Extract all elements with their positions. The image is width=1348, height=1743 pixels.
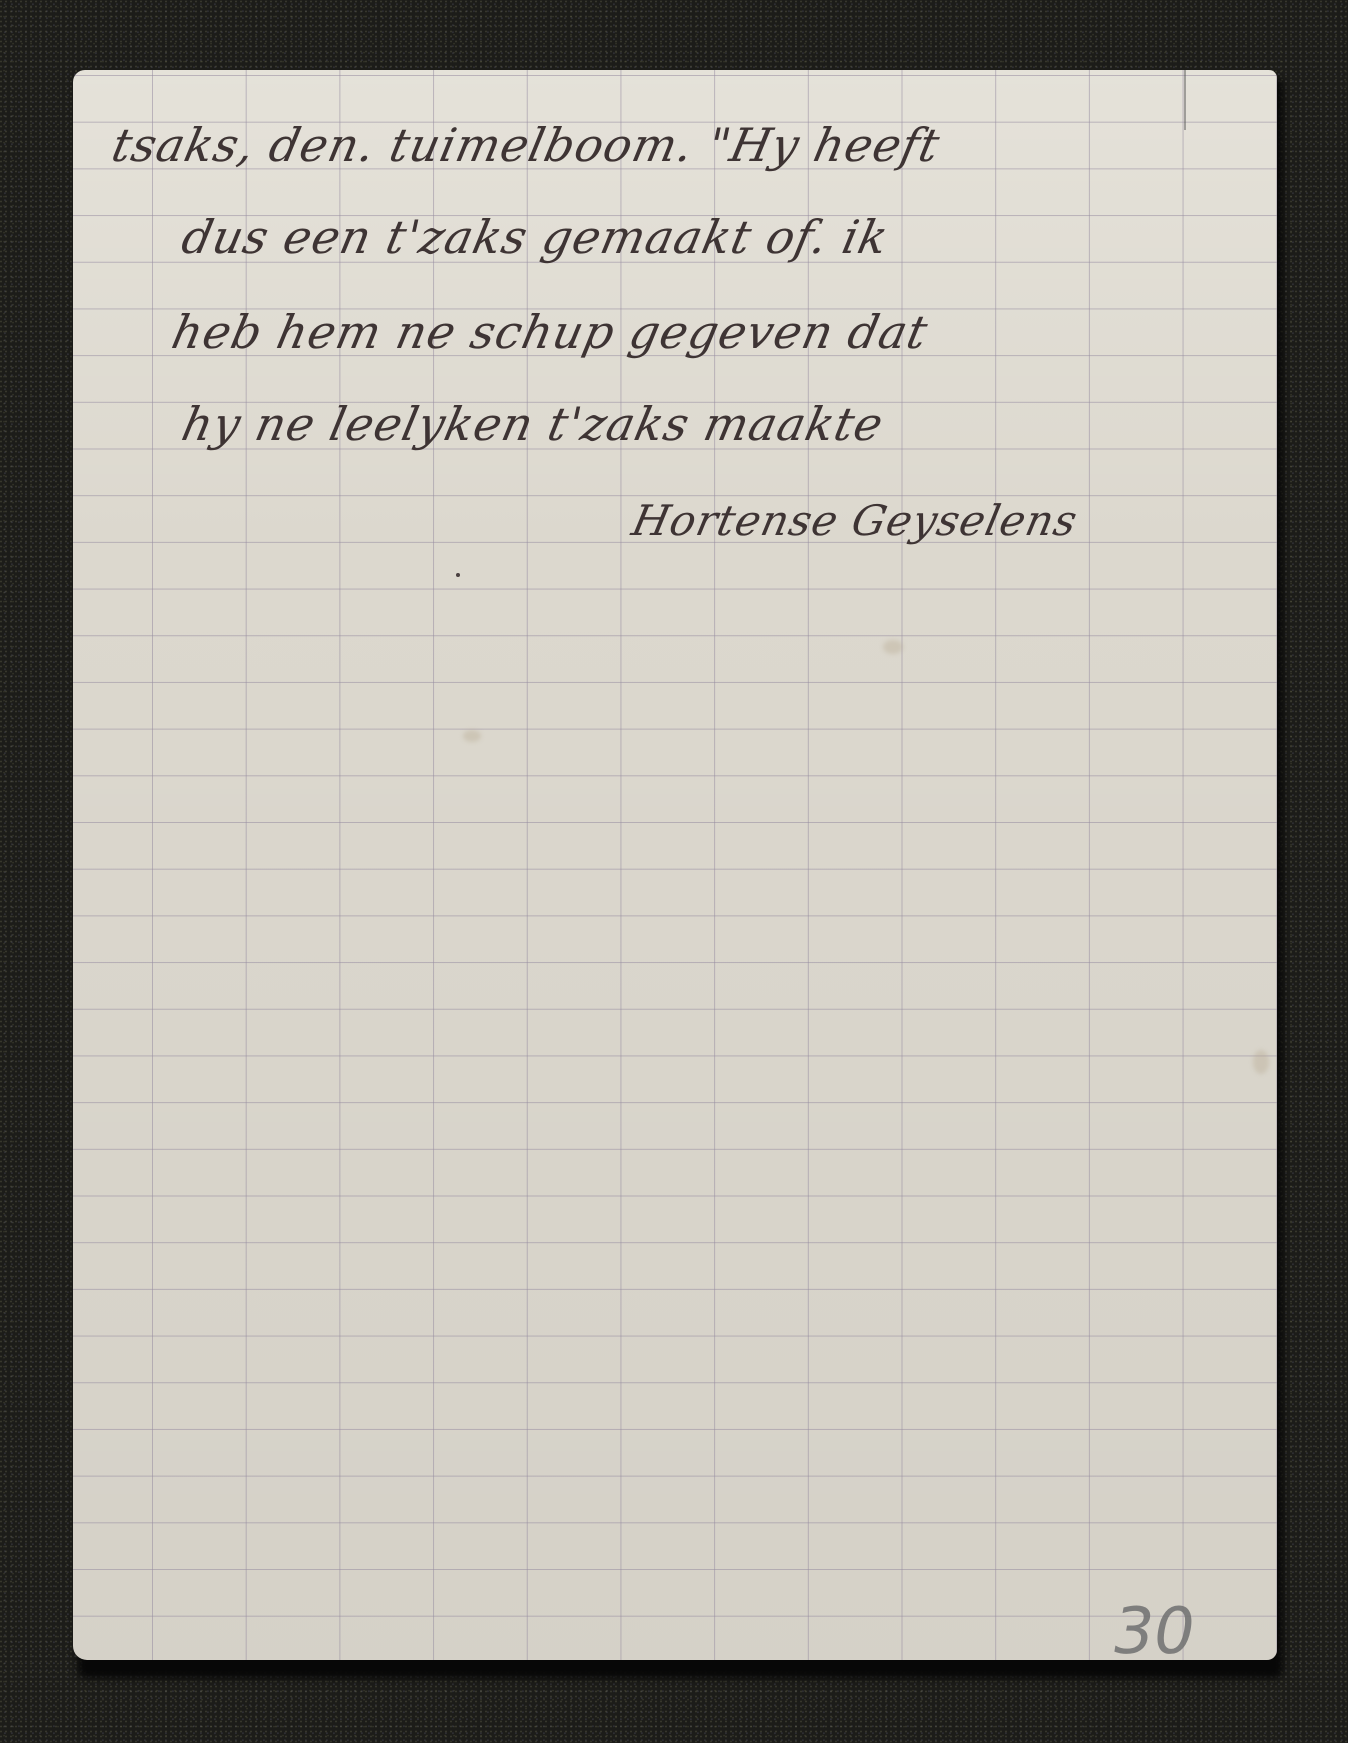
handwritten-line-3: heb hem ne schup gegeven dat <box>167 305 933 359</box>
letter-page: tsaks, den. tuimelboom. "Hy heeft dus ee… <box>73 70 1277 1660</box>
handwritten-line-2: dus een t'zaks gemaakt of. ik <box>177 210 893 264</box>
paper-stain <box>883 640 903 654</box>
ink-dot <box>456 573 460 577</box>
paper-stain <box>1253 1050 1269 1074</box>
paper-tear <box>1184 70 1186 130</box>
handwritten-line-4: hy ne leelyken t'zaks maakte <box>177 397 888 451</box>
page-number: 30 <box>1106 1595 1200 1660</box>
paper-stain <box>463 730 481 742</box>
signature: Hortense Geyselens <box>628 496 1082 545</box>
handwritten-line-1: tsaks, den. tuimelboom. "Hy heeft <box>107 118 945 172</box>
